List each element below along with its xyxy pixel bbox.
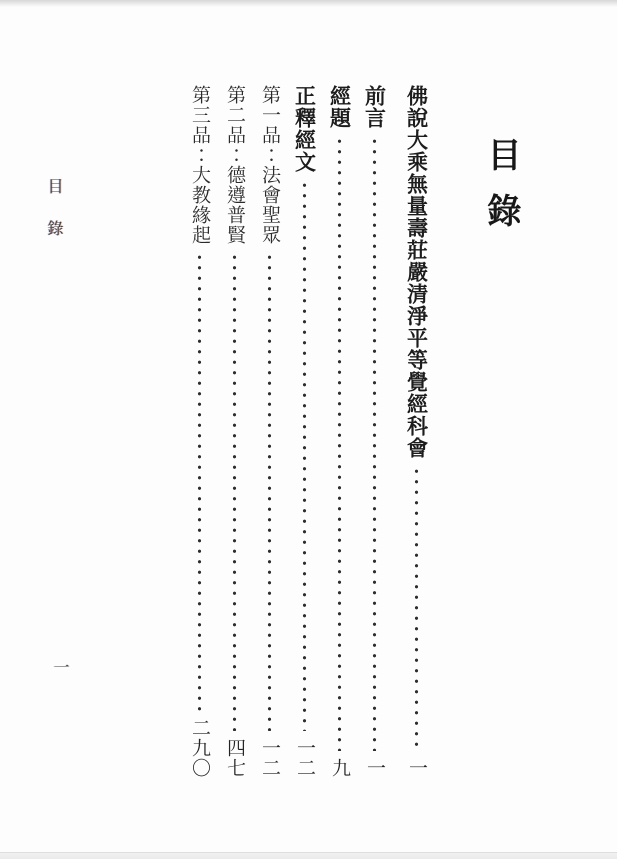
page-number: 九 — [326, 758, 353, 778]
running-title: 目錄 — [42, 178, 65, 262]
book-page: 目錄 佛說大乘無量壽莊嚴清淨平等覺經科會 一 前言 一 經題 九 正釋經文 一二… — [0, 0, 617, 859]
toc-list: 佛說大乘無量壽莊嚴清淨平等覺經科會 一 前言 一 經題 九 正釋經文 一二 第一… — [178, 85, 430, 778]
dot-leader — [326, 136, 353, 751]
toc-entry: 經題 九 — [326, 85, 353, 778]
toc-entry-title: 第二品：德遵普賢 — [221, 85, 248, 245]
folio-page-number: 一 — [48, 659, 71, 675]
toc-entry-title: 前言 — [360, 85, 390, 129]
toc-entry-title: 經題 — [325, 85, 355, 129]
page-title: 目錄 — [476, 137, 525, 249]
toc-entry-title: 正釋經文 — [290, 85, 320, 173]
page-number: 二九〇 — [186, 718, 213, 778]
toc-entry: 第二品：德遵普賢 四七 — [221, 85, 248, 778]
toc-entry: 正釋經文 一二 — [291, 85, 318, 778]
page-top-edge — [0, 0, 617, 7]
toc-entry: 前言 一 — [361, 85, 388, 778]
toc-entry-title: 第三品：大教緣起 — [186, 85, 213, 245]
page-number: 一 — [403, 758, 430, 778]
dot-leader — [256, 252, 283, 731]
page-number: 一 — [361, 758, 388, 778]
dot-leader — [221, 252, 248, 731]
page-number: 四七 — [221, 738, 248, 778]
toc-entry: 第三品：大教緣起 二九〇 — [186, 85, 213, 778]
dot-leader — [291, 180, 318, 731]
page-number: 一二 — [291, 738, 318, 778]
toc-entry-title: 第一品：法會聖眾 — [256, 85, 283, 245]
toc-entry: 第一品：法會聖眾 一二 — [256, 85, 283, 778]
page-bottom-edge — [0, 852, 617, 859]
dot-leader — [403, 466, 430, 751]
toc-entry: 佛說大乘無量壽莊嚴清淨平等覺經科會 一 — [403, 85, 430, 778]
dot-leader — [186, 252, 213, 711]
page-number: 一二 — [256, 738, 283, 778]
toc-entry-title: 佛說大乘無量壽莊嚴清淨平等覺經科會 — [402, 85, 432, 459]
dot-leader — [361, 136, 388, 751]
